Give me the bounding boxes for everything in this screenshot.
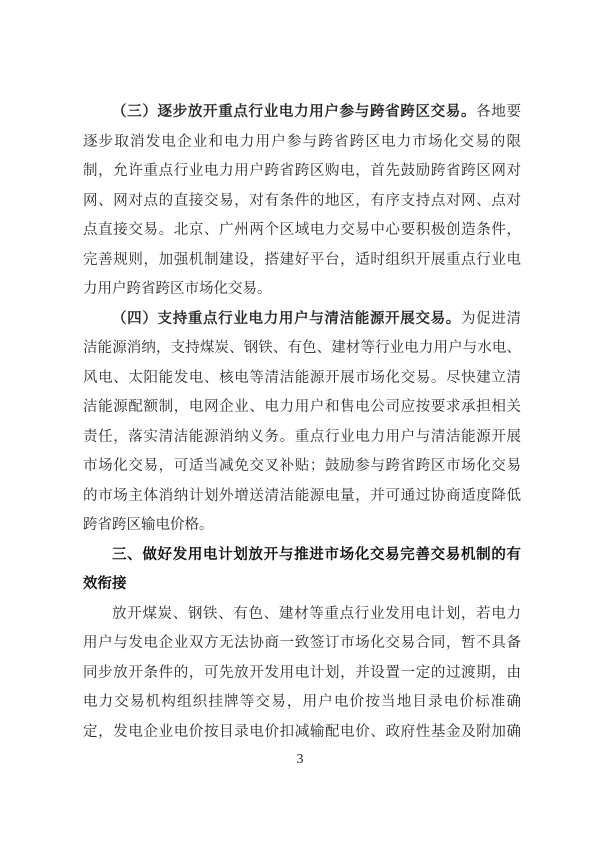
page-number: 3 [0, 752, 600, 768]
text-line: 洁能源消纳，支持煤炭、钢铁、有色、建材等行业电力用户与水电、 [83, 334, 521, 364]
text-line: 力用户跨省跨区市场化交易。 [83, 275, 521, 305]
text-line: 制，允许重点行业电力用户跨省跨区购电，首先鼓励跨省跨区网对 [83, 157, 521, 187]
text-line: 网、网对点的直接交易，对有条件的地区，有序支持点对网、点对 [83, 187, 521, 217]
text-line: 洁能源配额制，电网企业、电力用户和售电公司应按要求承担相关 [83, 393, 521, 423]
document-body: （三）逐步放开重点行业电力用户参与跨省跨区交易。各地要 逐步取消发电企业和电力用… [83, 98, 521, 747]
paragraph-lead-bold: （四）支持重点行业电力用户与清洁能源开展交易。 [112, 311, 461, 327]
text-run: 各地要 [476, 104, 521, 120]
text-line: 逐步取消发电企业和电力用户参与跨省跨区电力市场化交易的限 [83, 128, 521, 158]
text-line: 责任，落实清洁能源消纳义务。重点行业电力用户与清洁能源开展 [83, 423, 521, 453]
paragraph-item-4: （四）支持重点行业电力用户与清洁能源开展交易。为促进清 洁能源消纳，支持煤炭、钢… [83, 305, 521, 541]
document-page: （三）逐步放开重点行业电力用户参与跨省跨区交易。各地要 逐步取消发电企业和电力用… [0, 0, 600, 848]
heading-line: 三、做好发用电计划放开与推进市场化交易完善交易机制的有 [83, 541, 521, 571]
text-line: 市场化交易，可适当减免交叉补贴；鼓励参与跨省跨区市场化交易 [83, 452, 521, 482]
text-line: 定，发电企业电价按目录电价扣减输配电价、政府性基金及附加确 [83, 718, 521, 748]
paragraph-item-3: （三）逐步放开重点行业电力用户参与跨省跨区交易。各地要 逐步取消发电企业和电力用… [83, 98, 521, 305]
text-line: 放开煤炭、钢铁、有色、建材等重点行业发用电计划，若电力 [83, 600, 521, 630]
text-line: 的市场主体消纳计划外增送清洁能源电量，并可通过协商适度降低 [83, 482, 521, 512]
text-line: 同步放开条件的，可先放开发用电计划，并设置一定的过渡期，由 [83, 659, 521, 689]
text-line: 风电、太阳能发电、核电等清洁能源开展市场化交易。尽快建立清 [83, 364, 521, 394]
text-line: 电力交易机构组织挂牌等交易，用户电价按当地目录电价标准确 [83, 688, 521, 718]
text-line: 完善规则，加强机制建设，搭建好平台，适时组织开展重点行业电 [83, 246, 521, 276]
section-heading-3: 三、做好发用电计划放开与推进市场化交易完善交易机制的有 效衔接 [83, 541, 521, 600]
text-run: 为促进清 [461, 311, 521, 327]
text-line: 点直接交易。北京、广州两个区域电力交易中心要积极创造条件， [83, 216, 521, 246]
text-line: （三）逐步放开重点行业电力用户参与跨省跨区交易。各地要 [83, 98, 521, 128]
heading-line: 效衔接 [83, 570, 521, 600]
text-line: 跨省跨区输电价格。 [83, 511, 521, 541]
text-line: （四）支持重点行业电力用户与清洁能源开展交易。为促进清 [83, 305, 521, 335]
paragraph-body: 放开煤炭、钢铁、有色、建材等重点行业发用电计划，若电力 用户与发电企业双方无法协… [83, 600, 521, 748]
paragraph-lead-bold: （三）逐步放开重点行业电力用户参与跨省跨区交易。 [112, 104, 476, 120]
text-line: 用户与发电企业双方无法协商一致签订市场化交易合同，暂不具备 [83, 629, 521, 659]
